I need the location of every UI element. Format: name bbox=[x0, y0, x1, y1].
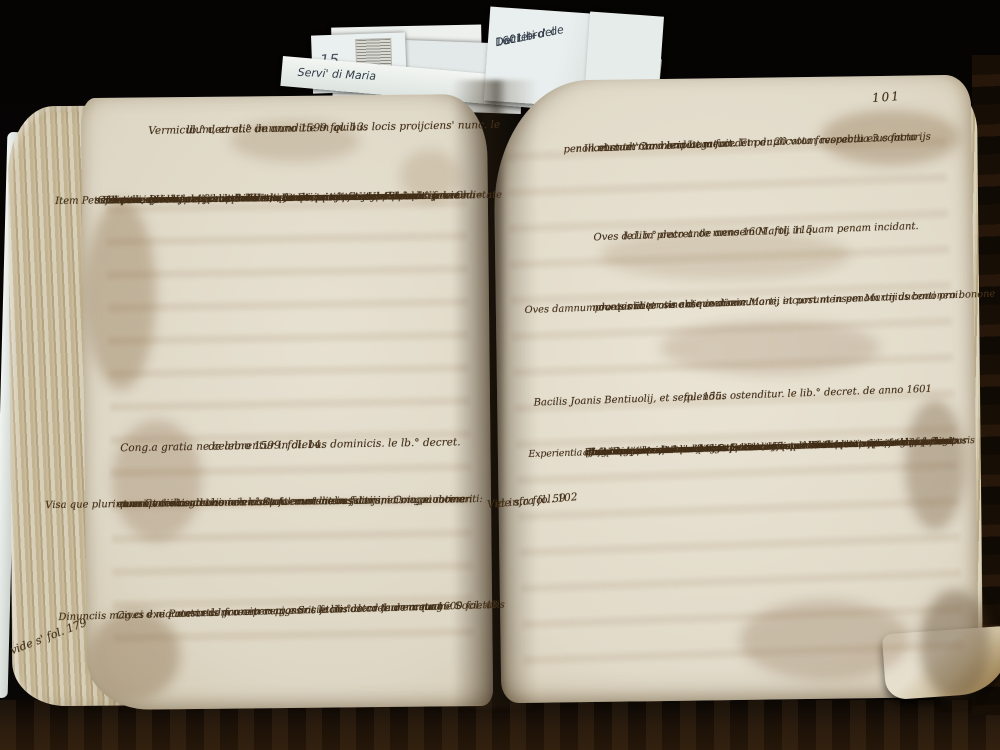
manuscript-line: lb.° decret.° de anno 1599 fol. 13. bbox=[186, 111, 367, 146]
folio-number: 101 bbox=[872, 89, 902, 105]
tab-servi-label: Servi' di Maria bbox=[297, 66, 376, 83]
manuscript-line: et uno vero contrario non obstant' manda… bbox=[117, 486, 372, 521]
manuscript-line: secretum. Placuit omnibus nullo vero con… bbox=[95, 183, 378, 214]
manuscript-line: de anno 1599. fol. 14. bbox=[208, 430, 325, 463]
manuscript-photo: 15 Servi' di Maria Dal Libro' de Decreti… bbox=[0, 0, 1000, 750]
bleed-through-text bbox=[106, 187, 474, 663]
manuscript-line: cetra bbox=[413, 592, 440, 622]
tab-decreti-label: Dal Libro' de Decreti del 1601 — bbox=[494, 17, 588, 35]
manuscript-line: nove similiter sine diminutione. bbox=[592, 288, 750, 322]
manuscript-line: quod canonice servitum fuit. ℞ bbox=[582, 437, 726, 466]
manuscript-line: fol. 155. bbox=[683, 383, 725, 411]
